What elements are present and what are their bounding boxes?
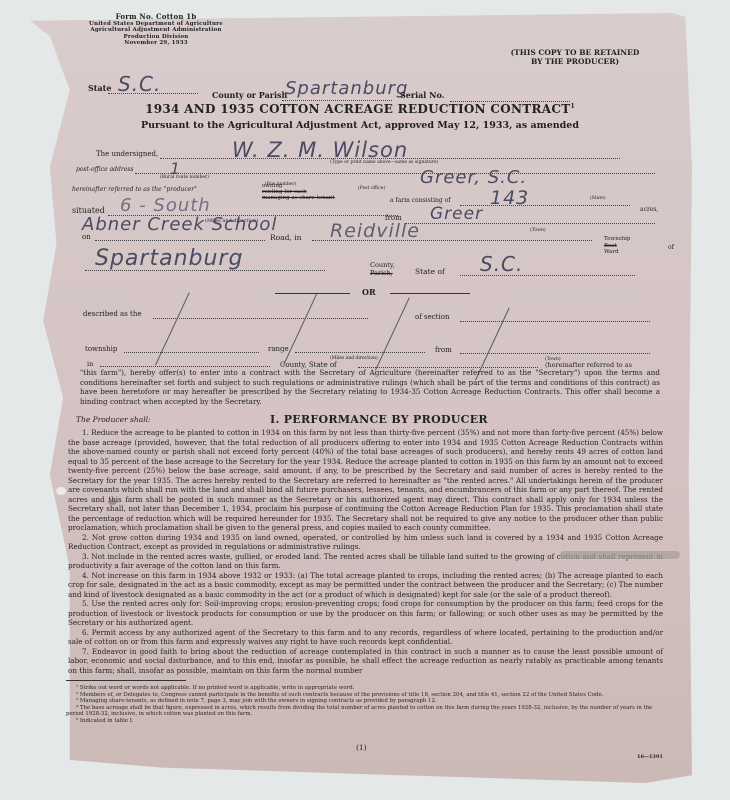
clause-1: 1. Reduce the acreage to be planted to c… xyxy=(68,428,663,533)
ink-stain xyxy=(108,499,117,505)
situated-value[interactable]: 6 - South xyxy=(120,195,211,216)
state2-label: State of xyxy=(415,267,445,276)
producer-shall-label: The Producer shall: xyxy=(76,415,151,424)
county-value[interactable]: Spartanburg xyxy=(285,78,408,99)
form-header: Form No. Cotton 1b United States Departm… xyxy=(86,14,226,47)
alt-township-line xyxy=(124,352,259,353)
range-label: range xyxy=(268,345,289,353)
farm-consisting-label: a farm consisting of xyxy=(390,197,450,204)
paper-tear xyxy=(560,551,680,559)
county-label: County or Parish xyxy=(212,90,287,100)
township-value[interactable]: Reidville xyxy=(330,220,420,242)
intro-paragraph: "this farm"), hereby offer(s) to enter i… xyxy=(80,368,660,406)
opt-parish[interactable]: Parish, xyxy=(370,270,395,278)
described-line xyxy=(153,318,368,319)
rural-route-caption: (Rural route number) xyxy=(160,175,209,180)
po-line xyxy=(135,173,655,174)
name-caption: (Type or print name above—same as signat… xyxy=(330,160,438,165)
from-value[interactable]: Greer xyxy=(430,204,483,224)
described-label: described as the xyxy=(83,310,142,318)
clause-6: 6. Permit access by any authorized agent… xyxy=(68,628,663,647)
undersigned-label: The undersigned, xyxy=(96,150,158,158)
retain-note: (THIS COPY TO BE RETAINED BY THE PRODUCE… xyxy=(500,48,650,66)
clause-4: 4. Not increase on this farm in 1934 abo… xyxy=(68,571,663,600)
state-value[interactable]: S.C. xyxy=(118,72,161,96)
footnote-3: ³ Managing share-tenants, as defined in … xyxy=(66,698,666,705)
town-caption: (Town) xyxy=(530,228,546,233)
footnote-4: ⁴ The base acreage shall be that figure,… xyxy=(66,705,666,718)
footnote-1: ¹ Strike out word or words not applicabl… xyxy=(66,685,666,692)
alt-miles-caption: (Miles and direction) xyxy=(330,356,378,361)
post-office-value[interactable]: Greer, S.C. xyxy=(420,167,527,188)
footnotes-block: ¹ Strike out word or words not applicabl… xyxy=(66,685,666,725)
road-in-label: Road, in xyxy=(270,233,301,242)
po-label: post-office address xyxy=(76,166,133,173)
in-line xyxy=(100,366,270,367)
title-footnote-ref: 1 xyxy=(570,103,574,110)
title-text: 1934 AND 1935 COTTON ACREAGE REDUCTION C… xyxy=(145,102,570,116)
state-caption: (State) xyxy=(590,196,606,201)
clause-5: 5. Use the rented acres only for: Soil-i… xyxy=(68,599,663,628)
section-label: of section xyxy=(415,313,449,321)
paper-hole xyxy=(56,487,66,495)
retain-line-2: BY THE PRODUCER) xyxy=(500,57,650,66)
status-options: owning renting for cash managing as shar… xyxy=(262,183,335,201)
or-rule-right xyxy=(390,293,470,294)
acres-label: acres, xyxy=(640,206,658,213)
road-value[interactable]: Abner Creek School xyxy=(82,214,277,235)
township-options: Township Beat Ward xyxy=(604,236,630,256)
footnote-5: ⁵ Indicated in table I. xyxy=(66,718,666,725)
retain-line-1: (THIS COPY TO BE RETAINED xyxy=(500,48,650,57)
county-line xyxy=(282,100,392,101)
in-label: in xyxy=(87,360,93,368)
opt-township[interactable]: Township xyxy=(604,236,630,243)
agency-line: November 29, 1933 xyxy=(86,40,226,47)
alt-township-label: township xyxy=(85,345,117,353)
acres-value[interactable]: 143 xyxy=(490,187,529,209)
acres-line xyxy=(460,205,630,206)
opt-ward[interactable]: Ward xyxy=(604,249,630,256)
county-options: County, Parish, xyxy=(370,262,395,277)
section-title: I. PERFORMANCE BY PRODUCER xyxy=(270,413,488,426)
of-label: of xyxy=(668,244,674,251)
producer-referred-label: hereinafter referred to as the "producer… xyxy=(72,186,197,193)
footnote-rule xyxy=(66,680,186,681)
alt-from-label: from xyxy=(435,346,452,354)
serial-label: Serial No. xyxy=(400,90,444,100)
range-line xyxy=(295,352,425,353)
status-managing[interactable]: managing as share-tenant xyxy=(262,195,335,201)
or-rule-left xyxy=(275,293,350,294)
contract-subtitle: Pursuant to the Agricultural Adjustment … xyxy=(120,120,600,131)
county2-value[interactable]: Spartanburg xyxy=(95,246,243,271)
or-label: OR xyxy=(362,287,376,297)
producer-name-value[interactable]: W. Z. M. Wilson xyxy=(232,138,408,162)
state-label: State xyxy=(88,83,111,93)
road-line xyxy=(95,240,265,241)
contract-title: 1934 AND 1935 COTTON ACREAGE REDUCTION C… xyxy=(120,102,600,116)
print-code: 16—1391 xyxy=(637,754,663,760)
post-office-caption: (Post office) xyxy=(358,186,385,191)
agency-line: Agricultural Adjustment Administration xyxy=(86,27,226,34)
page-number: (1) xyxy=(356,743,367,752)
clause-7: 7. Endeavor in good faith to bring about… xyxy=(68,647,663,676)
section-line xyxy=(460,321,650,322)
state2-value[interactable]: S.C. xyxy=(480,252,523,276)
clause-2: 2. Not grow cotton during 1934 and 1935 … xyxy=(68,533,663,552)
